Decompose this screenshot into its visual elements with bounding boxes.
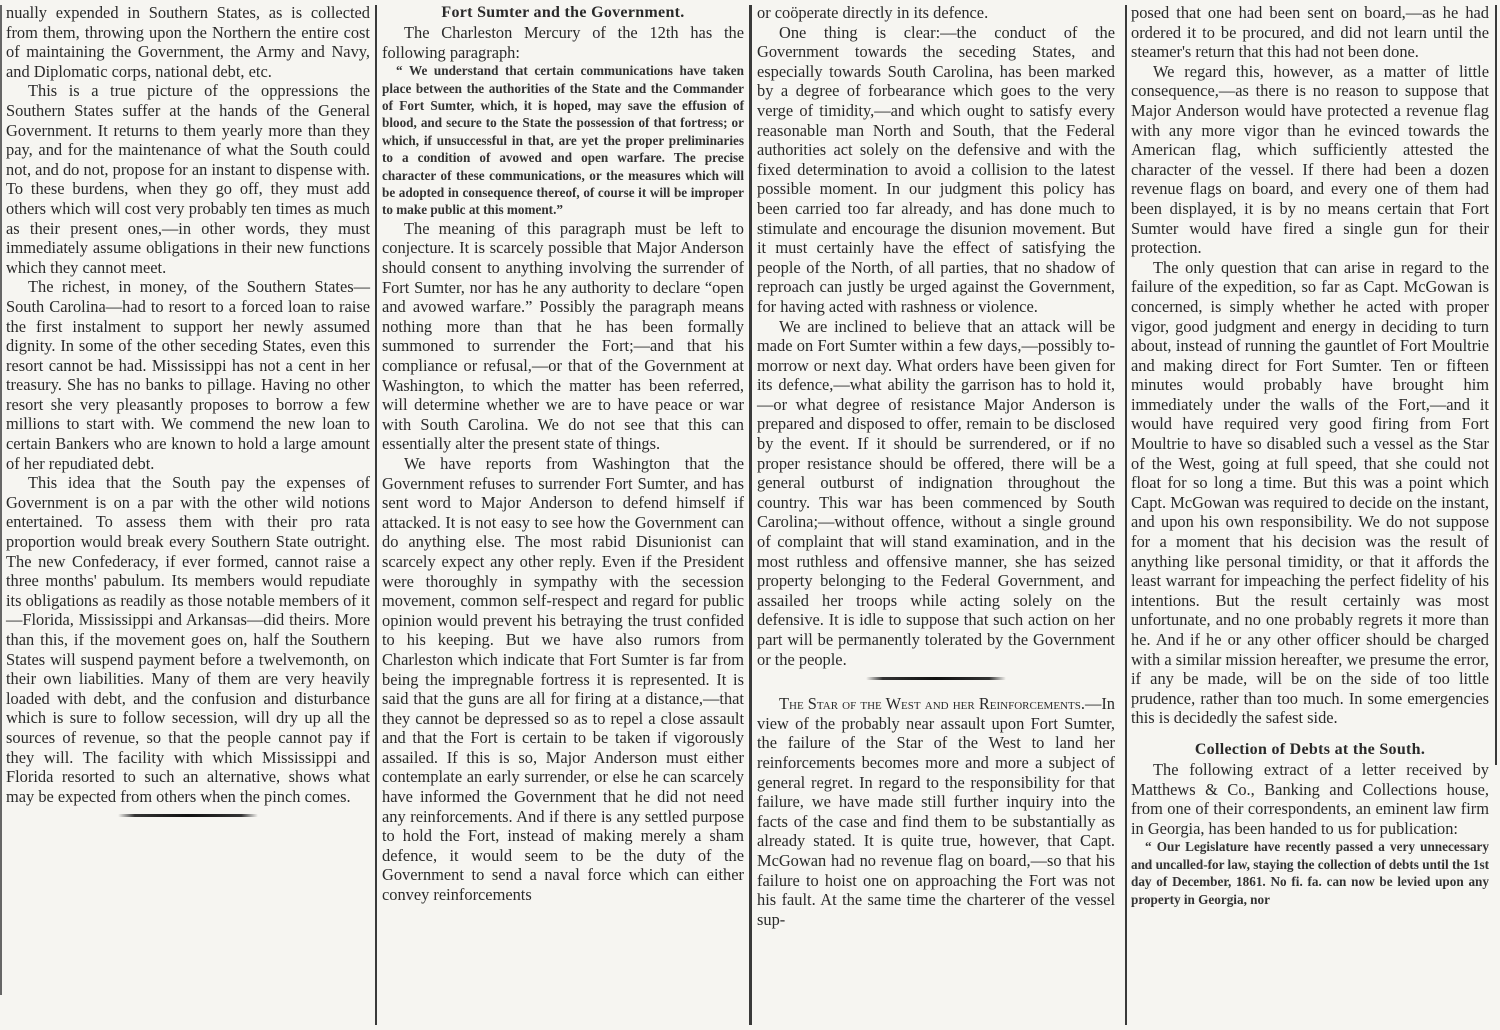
article-paragraph: This idea that the South pay the expense… xyxy=(6,473,370,806)
article-paragraph: posed that one had been sent on board,—a… xyxy=(1131,3,1489,62)
article-paragraph: This is a true picture of the oppression… xyxy=(6,81,370,277)
quote-text: “ We understand that certain communicati… xyxy=(382,62,744,219)
star-of-west-paragraph: The Star of the West and her Reinforceme… xyxy=(757,694,1115,929)
article-intro: The following extract of a letter receiv… xyxy=(1131,760,1489,838)
article-paragraph: The richest, in money, of the Southern S… xyxy=(6,277,370,473)
section-divider xyxy=(118,814,258,817)
column-rule-1 xyxy=(375,5,377,1025)
page-edge-rule xyxy=(0,5,2,995)
article-paragraph: nually expended in Southern States, as i… xyxy=(6,3,370,81)
column-1: nually expended in Southern States, as i… xyxy=(6,0,370,831)
article-paragraph: or coöperate directly in its defence. xyxy=(757,3,1115,23)
quote-text: “ Our Legislature have recently passed a… xyxy=(1131,838,1489,908)
section-divider xyxy=(866,677,1006,680)
column-3: or coöperate directly in its defence. On… xyxy=(757,0,1115,929)
headline-fort-sumter: Fort Sumter and the Government. xyxy=(382,3,744,22)
article-paragraph: The meaning of this paragraph must be le… xyxy=(382,219,744,454)
headline-collection-of-debts: Collection of Debts at the South. xyxy=(1131,740,1489,759)
star-of-west-heading: The Star of the West and her Reinforceme… xyxy=(779,694,1085,713)
quoted-paragraph: “ We understand that certain communicati… xyxy=(382,62,744,219)
article-paragraph: The only question that can arise in rega… xyxy=(1131,258,1489,728)
column-2: Fort Sumter and the Government. The Char… xyxy=(382,0,744,905)
article-intro: The Charleston Mercury of the 12th has t… xyxy=(382,23,744,62)
column-rule-3 xyxy=(1125,5,1127,1025)
article-paragraph: We are inclined to believe that an attac… xyxy=(757,317,1115,670)
quoted-letter: “ Our Legislature have recently passed a… xyxy=(1131,838,1489,908)
column-rule-4 xyxy=(1495,5,1497,765)
article-paragraph: One thing is clear:—the conduct of the G… xyxy=(757,23,1115,317)
newspaper-page: nually expended in Southern States, as i… xyxy=(0,0,1500,1030)
star-of-west-body: —In view of the probably near assault up… xyxy=(757,694,1115,929)
column-4: posed that one had been sent on board,—a… xyxy=(1131,0,1489,908)
article-paragraph: We have reports from Washington that the… xyxy=(382,454,744,905)
column-rule-2 xyxy=(749,5,752,1025)
article-paragraph: We regard this, however, as a matter of … xyxy=(1131,62,1489,258)
